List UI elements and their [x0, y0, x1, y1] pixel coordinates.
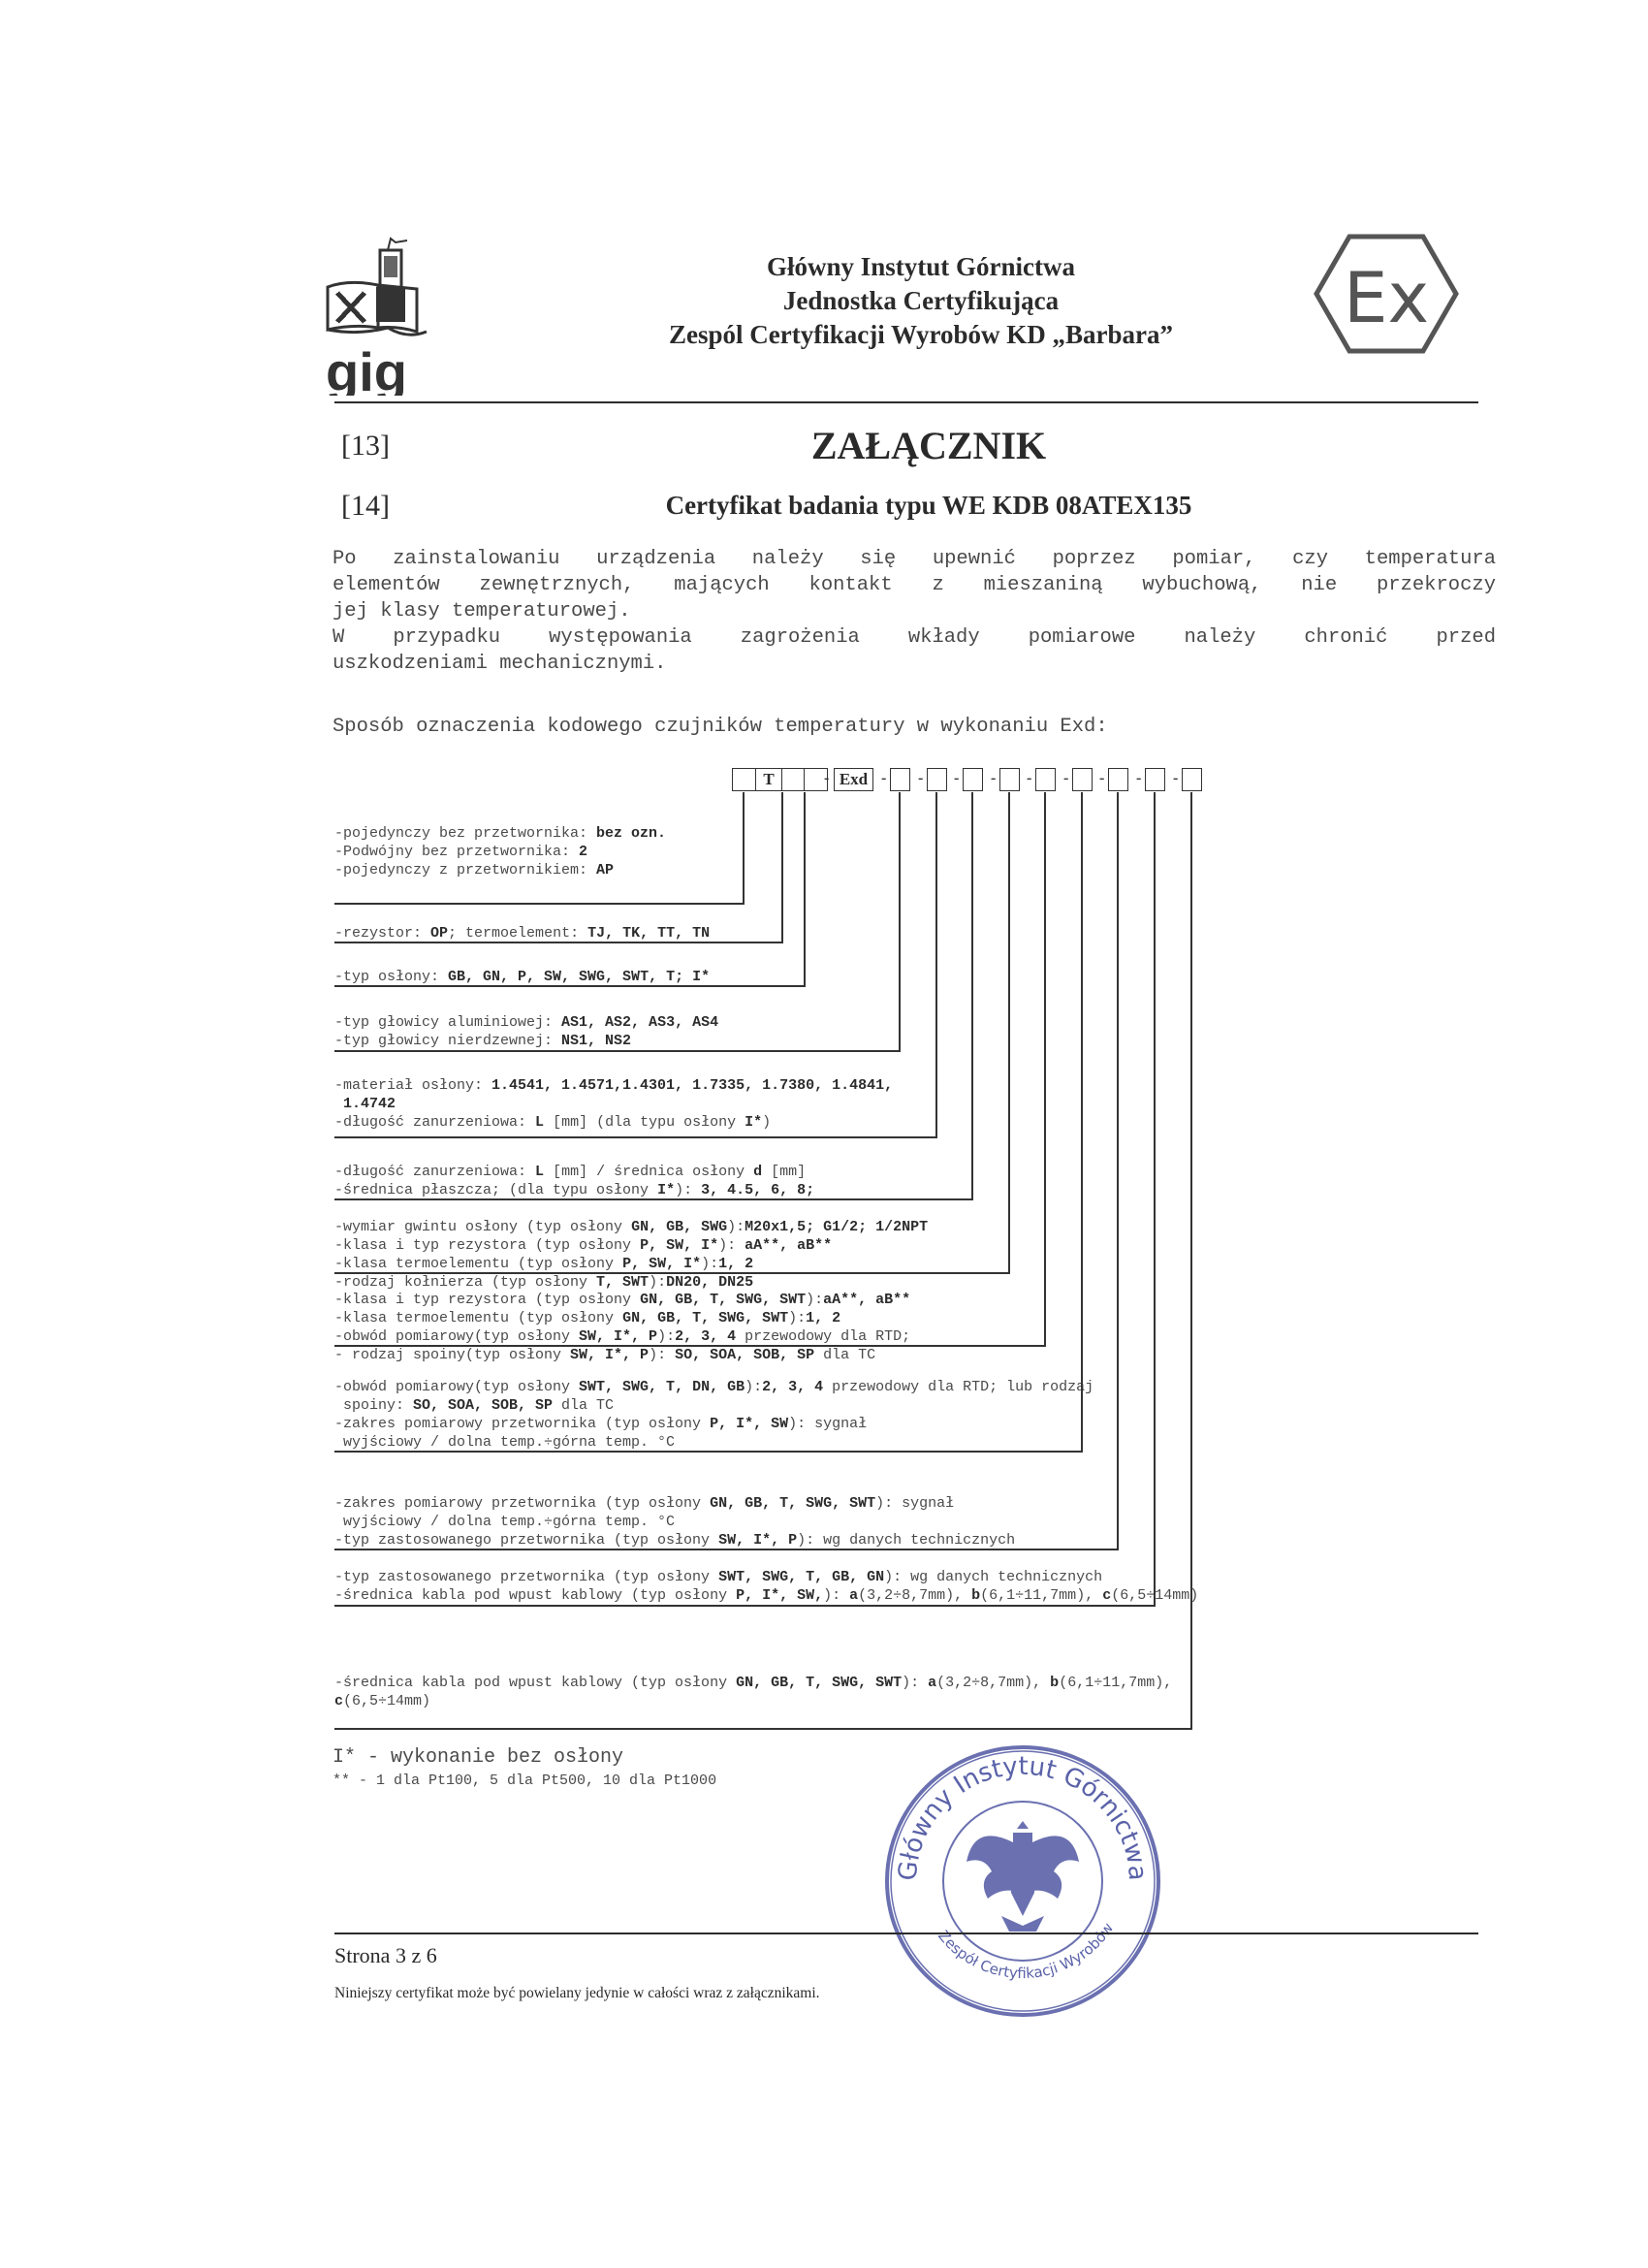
- code-separator: -: [918, 770, 923, 787]
- legend-group-g4: -typ głowicy aluminiowej: AS1, AS2, AS3,…: [334, 1013, 718, 1050]
- legend-group-g7: -wymiar gwintu osłony (typ osłony GN, GB…: [334, 1218, 928, 1292]
- legend-line: -średnica kabla pod wpust kablowy (typ o…: [334, 1586, 1198, 1605]
- legend-line: - rodzaj spoiny(typ osłony SW, I*, P): S…: [334, 1346, 910, 1364]
- legend-group-g8: -klasa i typ rezystora (typ osłony GN, G…: [334, 1291, 910, 1364]
- legend-line: -rodzaj kołnierza (typ osłony T, SWT):DN…: [334, 1273, 928, 1292]
- code-separator: -: [954, 770, 959, 787]
- legend-line: -typ głowicy nierdzewnej: NS1, NS2: [334, 1032, 718, 1050]
- legend-line: -klasa termoelementu (typ osłony P, SW, …: [334, 1255, 928, 1273]
- code-box: [1145, 768, 1165, 791]
- legend-line: -obwód pomiarowy(typ osłony SW, I*, P):2…: [334, 1327, 910, 1346]
- intro-line: jej klasy temperaturowej.: [333, 598, 1496, 624]
- intro-text: Po zainstalowaniu urządzenia należy się …: [333, 546, 1496, 677]
- legend-line: -długość zanurzeniowa: L [mm] (dla typu …: [334, 1113, 893, 1132]
- footer-disclaimer: Niniejszy certyfikat może być powielany …: [334, 1985, 820, 2002]
- legend-line: -wymiar gwintu osłony (typ osłony GN, GB…: [334, 1218, 928, 1236]
- ex-hexagon-icon: Ex: [1309, 231, 1464, 357]
- legend-group-g10: -zakres pomiarowy przetwornika (typ osło…: [334, 1494, 1015, 1549]
- legend-group-g3: -typ osłony: GB, GN, P, SW, SWG, SWT, T;…: [334, 968, 710, 986]
- code-separator: -: [824, 770, 829, 787]
- legend-line: -Podwójny bez przetwornika: 2: [334, 843, 666, 861]
- legend-group-g9: -obwód pomiarowy(typ osłony SWT, SWG, T,…: [334, 1378, 1093, 1452]
- legend-line: 1.4742: [334, 1095, 893, 1113]
- header-divider: [334, 401, 1478, 403]
- code-box: [1108, 768, 1128, 791]
- legend-group-g12: -średnica kabla pod wpust kablowy (typ o…: [334, 1674, 1172, 1710]
- footer-divider: [334, 1933, 1478, 1934]
- code-cell-t: T: [755, 768, 782, 791]
- legend-line: -typ głowicy aluminiowej: AS1, AS2, AS3,…: [334, 1013, 718, 1032]
- legend-line: -zakres pomiarowy przetwornika (typ osło…: [334, 1494, 1015, 1513]
- intro-line: elementów zewnętrznych, mających kontakt…: [333, 572, 1496, 598]
- legend-line: -obwód pomiarowy(typ osłony SWT, SWG, T,…: [334, 1378, 1093, 1396]
- code-separator: -: [1173, 770, 1178, 787]
- legend-line: -pojedynczy bez przetwornika: bez ozn.: [334, 824, 666, 843]
- legend-line: -średnica kabla pod wpust kablowy (typ o…: [334, 1674, 1172, 1692]
- code-separator: -: [1063, 770, 1068, 787]
- legend-line: -klasa i typ rezystora (typ osłony P, SW…: [334, 1236, 928, 1255]
- legend-line: -typ zastosowanego przetwornika (typ osł…: [334, 1568, 1198, 1586]
- legend-line: -typ zastosowanego przetwornika (typ osł…: [334, 1531, 1015, 1549]
- code-box: [890, 768, 910, 791]
- intro-line: W przypadku występowania zagrożenia wkła…: [333, 624, 1496, 651]
- legend-line: -zakres pomiarowy przetwornika (typ osło…: [334, 1415, 1093, 1433]
- legend-group-g11: -typ zastosowanego przetwornika (typ osł…: [334, 1568, 1198, 1605]
- legend-line: -klasa termoelementu (typ osłony GN, GB,…: [334, 1309, 910, 1327]
- legend-line: -rezystor: OP; termoelement: TJ, TK, TT,…: [334, 924, 710, 942]
- legend-line: c(6,5÷14mm): [334, 1692, 1172, 1710]
- code-box: [999, 768, 1020, 791]
- code-separator: -: [1136, 770, 1141, 787]
- code-box: [1182, 768, 1202, 791]
- legend-line: -typ osłony: GB, GN, P, SW, SWG, SWT, T;…: [334, 968, 710, 986]
- code-separator: -: [1027, 770, 1031, 787]
- certificate-subtitle: Certyfikat badania typu WE KDB 08ATEX135: [0, 491, 1648, 521]
- connector-line: [334, 792, 805, 986]
- code-box: [1072, 768, 1093, 791]
- legend-line: -długość zanurzeniowa: L [mm] / średnica…: [334, 1163, 814, 1181]
- legend-line: -materiał osłony: 1.4541, 1.4571,1.4301,…: [334, 1076, 893, 1095]
- page-number: Strona 3 z 6: [334, 1943, 437, 1968]
- page-title: ZAŁĄCZNIK: [0, 423, 1648, 468]
- legend-line: -pojedynczy z przetwornikiem: AP: [334, 861, 666, 879]
- legend-group-g1: -pojedynczy bez przetwornika: bez ozn.-P…: [334, 824, 666, 879]
- legend-line: wyjściowy / dolna temp.÷górna temp. °C: [334, 1513, 1015, 1531]
- legend-line: -średnica płaszcza; (dla typu osłony I*)…: [334, 1181, 814, 1199]
- code-separator: -: [991, 770, 996, 787]
- scheme-caption: Sposób oznaczenia kodowego czujników tem…: [333, 716, 1108, 738]
- legend-line: wyjściowy / dolna temp.÷górna temp. °C: [334, 1433, 1093, 1452]
- code-box: [963, 768, 983, 791]
- code-box: [1035, 768, 1056, 791]
- footnote-i-star: I* - wykonanie bez osłony: [333, 1746, 623, 1769]
- code-cell: [732, 768, 756, 791]
- code-box: [927, 768, 947, 791]
- legend-line: spoiny: SO, SOA, SOB, SP dla TC: [334, 1396, 1093, 1415]
- legend-group-g5: -materiał osłony: 1.4541, 1.4571,1.4301,…: [334, 1076, 893, 1132]
- code-separator: -: [881, 770, 886, 787]
- protection-box: Exd: [834, 768, 873, 791]
- intro-line: Po zainstalowaniu urządzenia należy się …: [333, 546, 1496, 572]
- legend-group-g6: -długość zanurzeniowa: L [mm] / średnica…: [334, 1163, 814, 1199]
- code-separator: -: [1099, 770, 1104, 787]
- eagle-emblem-icon: [967, 1821, 1079, 1932]
- official-stamp: Główny Instytut Górnictwa w Katowicach Z…: [877, 1736, 1168, 2027]
- svg-text:Ex: Ex: [1344, 257, 1429, 338]
- legend-line: -klasa i typ rezystora (typ osłony GN, G…: [334, 1291, 910, 1309]
- code-cell: [781, 768, 805, 791]
- footnote-double-star: ** - 1 dla Pt100, 5 dla Pt500, 10 dla Pt…: [333, 1773, 716, 1789]
- legend-group-g2: -rezystor: OP; termoelement: TJ, TK, TT,…: [334, 924, 710, 942]
- intro-line: uszkodzeniami mechanicznymi.: [333, 651, 1496, 677]
